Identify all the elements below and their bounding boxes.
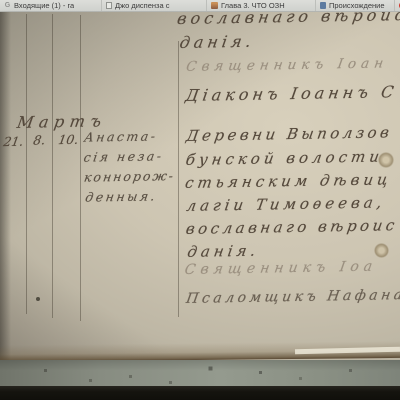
tab-label: Джо диспенза с <box>115 1 170 11</box>
prev-entry-line: данія. <box>178 32 256 52</box>
entry-text-line: данія. <box>186 242 261 261</box>
paper-speck <box>36 297 40 301</box>
entry-number: 21. <box>2 134 24 149</box>
gmail-icon: G <box>4 2 11 9</box>
name-column-line: Анаста- <box>83 128 159 144</box>
name-column-line: денныя. <box>84 188 158 204</box>
table-speckles <box>0 360 1 361</box>
document-photo: вославнаго вѣроисп данія. Священникъ Іоа… <box>0 11 400 400</box>
tab-dispenza[interactable]: Джо диспенза с <box>102 0 207 11</box>
prev-entry-line: вославнаго вѣроисп <box>176 11 400 28</box>
tab-yandex[interactable]: Я Яндекс <box>395 0 400 11</box>
dark-background-strip <box>0 386 400 400</box>
entry-text-line: вославнаго вѣроис <box>185 216 400 238</box>
clergy-signature-line: Псаломщикъ Нафана <box>185 287 400 307</box>
name-column-line: коннорож- <box>83 168 176 185</box>
tab-label: Глава 3. ЧТО ОЗН <box>221 1 285 11</box>
table-surface <box>0 360 400 386</box>
baptism-day-number: 10. <box>57 132 79 147</box>
browser-window: G Входящие (1) - ra Джо диспенза с Глава… <box>0 0 400 400</box>
entry-text-line: стьянским дѣвиц <box>184 170 393 192</box>
tab-inbox[interactable]: G Входящие (1) - ra <box>0 0 102 11</box>
blue-site-icon <box>320 2 326 9</box>
entry-text-line: бунской волости <box>184 147 384 168</box>
ink-blot <box>374 243 389 258</box>
book-site-icon <box>211 2 218 9</box>
ink-blot <box>378 152 394 168</box>
entry-text-line: Деревни Выползов <box>185 123 394 145</box>
tab-chapter[interactable]: Глава 3. ЧТО ОЗН <box>207 0 316 11</box>
name-column-line: сія неза- <box>83 148 165 164</box>
document-icon <box>106 2 112 9</box>
entry-text-line: лагіи Тимоѳеева, <box>185 193 387 215</box>
clergy-signature-line: Священникъ Іоа <box>184 259 379 278</box>
clergy-signature-line: Діаконъ Іоаннъ С <box>184 82 399 105</box>
tab-origin[interactable]: Происхождение <box>316 0 395 11</box>
browser-tab-strip: G Входящие (1) - ra Джо диспенза с Глава… <box>0 0 400 12</box>
tab-label: Входящие (1) - ra <box>14 1 74 11</box>
tab-label: Происхождение <box>329 1 385 11</box>
clergy-signature-line: Священникъ Іоан <box>185 55 389 75</box>
birth-day-number: 8. <box>32 132 46 147</box>
